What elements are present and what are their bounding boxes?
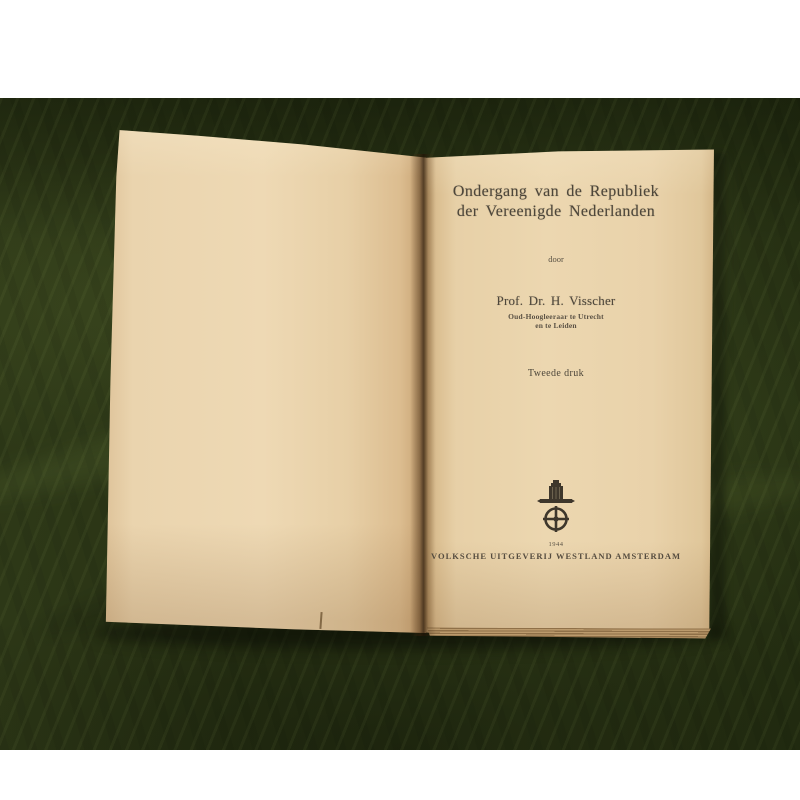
author-name: Prof. Dr. H. Visscher	[410, 293, 702, 309]
publisher-mark-wheel-icon	[410, 480, 702, 538]
publication-year: 1944	[410, 541, 702, 548]
photo-of-open-book: Ondergang van de Republiek der Vereenigd…	[0, 98, 800, 750]
publisher-imprint: VOLKSCHE UITGEVERIJ WESTLAND AMSTERDAM	[410, 551, 702, 561]
author-affiliation-line2: en te Leiden	[410, 321, 702, 330]
blank-verso-page	[100, 126, 426, 636]
title-page-content: Ondergang van de Republiek der Vereenigd…	[424, 146, 716, 640]
book-title-line2: der Vereenigde Nederlanden	[410, 202, 702, 222]
byline: door	[410, 254, 702, 264]
book-title: Ondergang van de Republiek der Vereenigd…	[410, 182, 702, 222]
book-title-line1: Ondergang van de Republiek	[410, 182, 702, 202]
edition-notice: Tweede druk	[410, 368, 702, 379]
author-affiliation-line1: Oud-Hoogleeraar te Utrecht	[410, 312, 702, 321]
